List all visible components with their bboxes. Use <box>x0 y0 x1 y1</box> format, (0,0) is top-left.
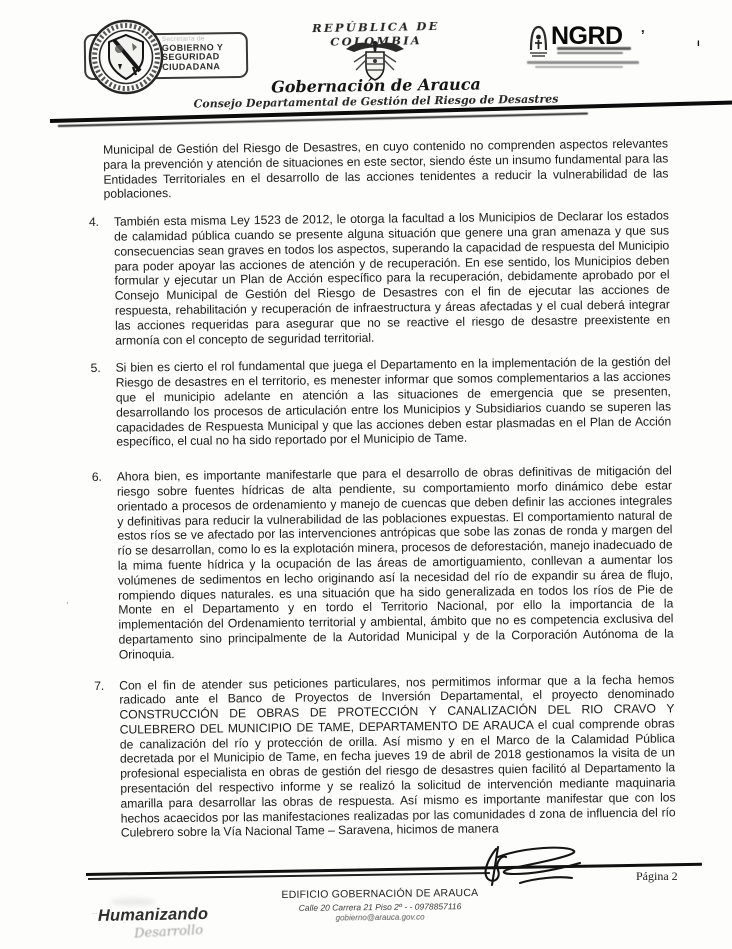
scan-smudge <box>110 898 156 906</box>
paragraph-number: 5. <box>88 361 116 450</box>
ngrd-acronym: NGRD <box>551 24 623 48</box>
numbered-paragraph: 6. Ahora bien, es importante manifestarl… <box>90 464 674 663</box>
scan-artifact: , <box>66 595 69 605</box>
ngrd-logo: NGRD <box>529 24 623 58</box>
paragraph-text: También esta misma Ley 1523 de 2012, le … <box>114 209 670 348</box>
paragraph-text: Con el fin de atender sus peticiones par… <box>119 672 676 841</box>
page-number: Página 2 <box>636 869 678 884</box>
arauca-seal-icon <box>88 19 164 95</box>
footer-slogan: ···Humanizando Desarrollo <box>92 905 209 941</box>
paragraph-number: 7. <box>92 678 121 841</box>
ngrd-tagline-bar <box>557 47 631 50</box>
numbered-paragraph: 7. Con el fin de atender sus peticiones … <box>92 672 676 841</box>
numbered-paragraph: 5. Si bien es cierto el rol fundamental … <box>88 355 671 450</box>
ngrd-tagline-bar <box>557 52 623 54</box>
ngrd-emblem-icon <box>529 24 548 58</box>
paragraph-text: Ahora bien, es importante manifestarle q… <box>117 464 674 663</box>
paragraph-number: 4. <box>87 215 116 348</box>
letter-body: Municipal de Gestión del Riesgo de Desas… <box>86 136 676 854</box>
ngrd-tagline-bar <box>535 66 623 68</box>
numbered-paragraph: 4. También esta misma Ley 1523 de 2012, … <box>87 209 670 349</box>
paragraph-number: 6. <box>90 470 119 663</box>
paragraph-continuation: Municipal de Gestión del Riesgo de Desas… <box>103 136 669 202</box>
stamp-line: CIUDADANA <box>162 62 223 72</box>
stamp-line: Secretaría de <box>162 36 223 44</box>
footer-address-block: EDIFICIO GOBERNACIÓN DE ARAUCA Calle 20 … <box>180 886 580 924</box>
scan-artifact: ı <box>697 38 700 49</box>
scanned-document-page: Secretaría de GOBIERNO Y SEGURIDAD CIUDA… <box>0 0 732 949</box>
slogan-sub: Desarrollo <box>134 923 209 942</box>
stamp-text: Secretaría de GOBIERNO Y SEGURIDAD CIUDA… <box>162 36 224 72</box>
scan-artifact: , <box>641 20 645 35</box>
paragraph-text: Si bien es cierto el rol fundamental que… <box>115 355 671 450</box>
slogan-main: Humanizando <box>98 905 209 925</box>
ngrd-tagline-bar <box>527 61 639 64</box>
